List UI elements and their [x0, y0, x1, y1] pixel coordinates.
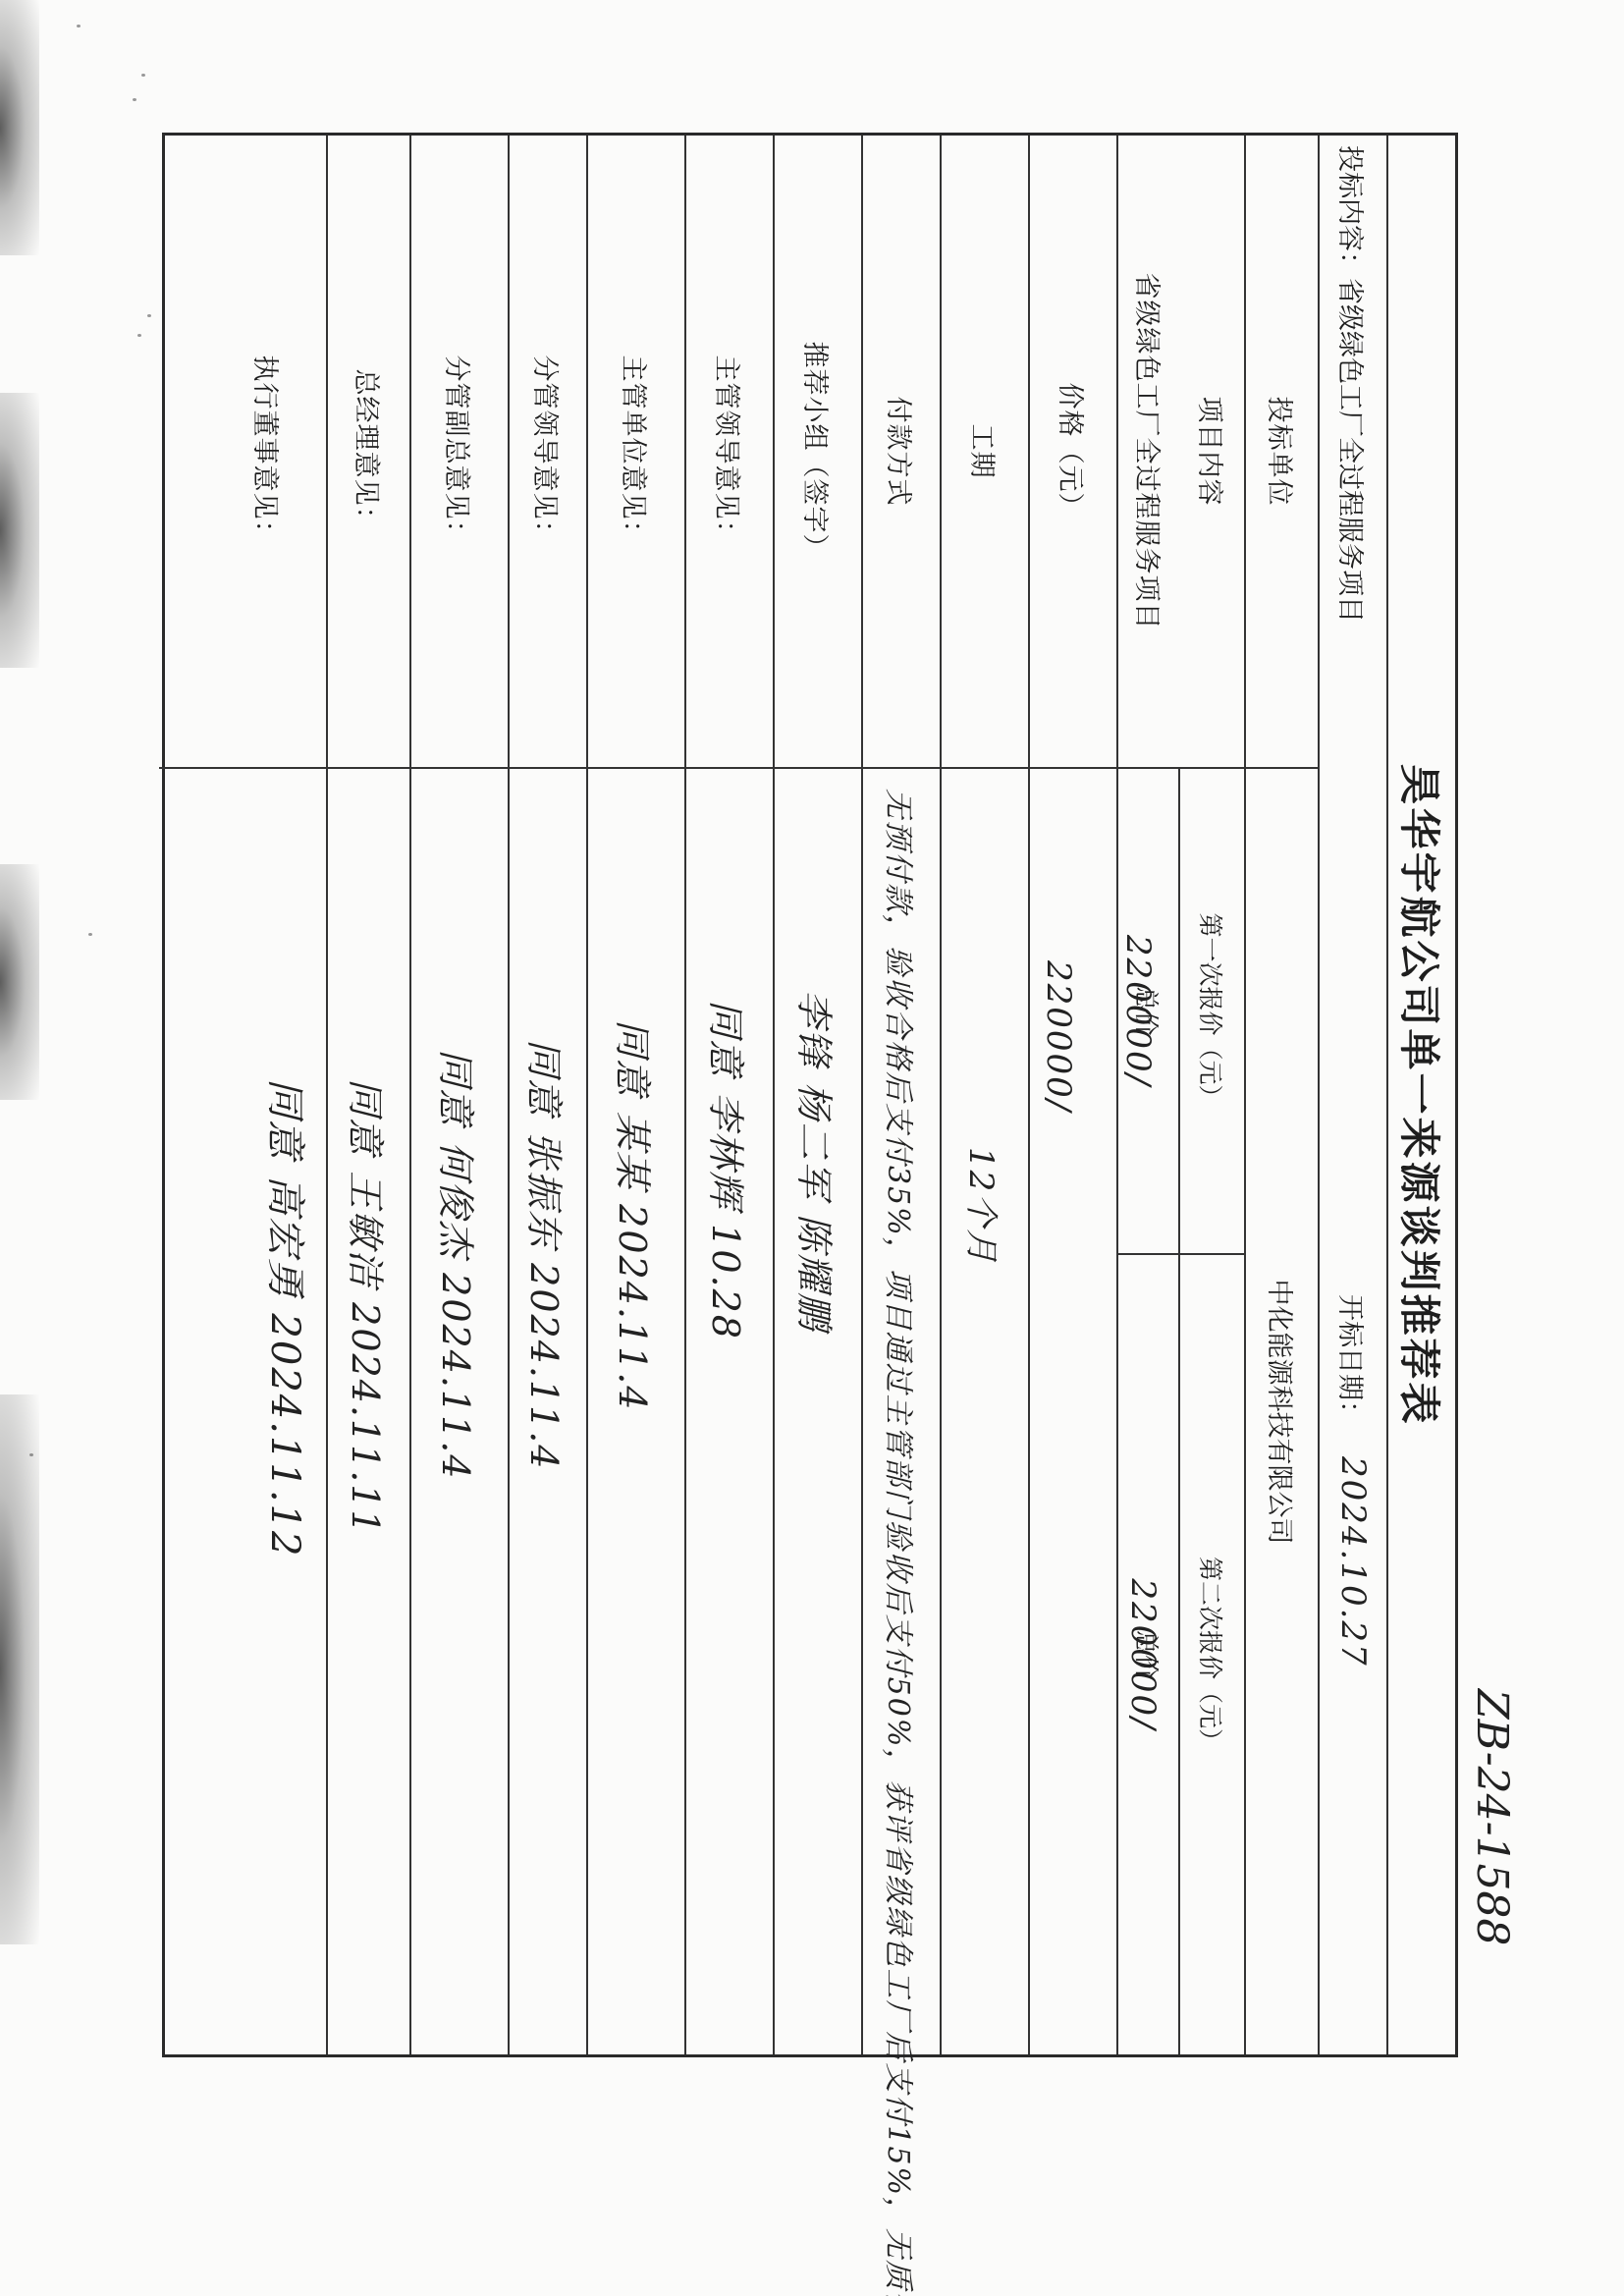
scan-speck — [147, 314, 151, 317]
price-value: 220000/ — [1030, 960, 1087, 1353]
page-title: 昊华宇航公司单一来源谈判推荐表 — [1388, 136, 1455, 2054]
supervisor-leader-row: 主管领导意见： 同意 李林辉 10.28 — [684, 136, 773, 2054]
executive-director-row: 执行董事意见： 同意 高宏勇 2024.11.12 — [159, 136, 326, 2054]
payment-label: 付款方式 — [863, 136, 940, 769]
executive-director-opinion: 同意 高宏勇 2024.11.12 — [159, 1078, 326, 1962]
recommend-group-signatures: 李锋 杨二军 陈耀鹏 — [775, 990, 861, 1874]
branch-leader-opinion: 同意 张振东 2024.11.4 — [510, 1039, 586, 1923]
price-label: 价格（元） — [1030, 136, 1116, 769]
supervisor-leader-label: 主管领导意见： — [686, 136, 773, 769]
first-quote-header: 第一次报价（元） — [1178, 769, 1244, 1253]
scan-speck — [88, 933, 92, 936]
tender-content-label: 投标内容： — [1334, 145, 1373, 278]
scan-shadow-lower — [0, 864, 39, 1100]
scan-shadow-bottom — [0, 1394, 39, 1944]
scan-shadow-top — [0, 0, 39, 255]
scan-shadow-mid — [0, 393, 39, 668]
second-quote-header: 第二次报价（元） — [1178, 1255, 1244, 2054]
project-label: 项目内容 — [1194, 397, 1232, 507]
supervisor-leader-opinion: 同意 李林辉 10.28 — [686, 1000, 773, 1884]
tender-content: 投标内容： 省级绿色工厂全过程服务项目 — [1320, 145, 1386, 1304]
form-table: 昊华宇航公司单一来源谈判推荐表 投标内容： 省级绿色工厂全过程服务项目 开标日期… — [162, 133, 1458, 2057]
deputy-gm-label: 分管副总意见： — [411, 136, 508, 769]
general-manager-label: 总经理意见： — [328, 136, 409, 769]
scan-speck — [77, 25, 81, 27]
price-row: 价格（元） 220000/ 220000/ 220000/ — [1028, 136, 1116, 2054]
executive-director-label: 执行董事意见： — [159, 136, 326, 769]
general-manager-row: 总经理意见： 同意 王敏洁 2024.11.11 — [326, 136, 409, 2054]
recommend-group-label: 推荐小组（签字） — [775, 136, 861, 769]
first-total-value: 220000/ — [1116, 769, 1161, 1255]
payment-value: 无预付款，验收合格后支付35%，项目通过主管部门验收后支付50%，获评省级绿色工… — [863, 789, 940, 2262]
scan-speck — [29, 1453, 33, 1456]
recommend-group-row: 推荐小组（签字） 李锋 杨二军 陈耀鹏 — [773, 136, 861, 2054]
opening-date-value: 2024.10.27 — [1333, 1456, 1373, 1667]
opening-date-label: 开标日期： — [1334, 1294, 1373, 1427]
bid-unit-row: 投标单位 中化能源科技有限公司 — [1244, 136, 1318, 2054]
schedule-label: 工期 — [942, 136, 1028, 769]
project-value: 省级绿色工厂全过程服务项目 — [1131, 273, 1169, 630]
document-number: ZB-24-1588 — [1467, 1689, 1517, 1945]
scan-speck — [133, 98, 136, 101]
recommendation-form: 昊华宇航公司单一来源谈判推荐表 投标内容： 省级绿色工厂全过程服务项目 开标日期… — [162, 133, 1458, 2057]
payment-row: 付款方式 无预付款，验收合格后支付35%，项目通过主管部门验收后支付50%，获评… — [861, 136, 940, 2054]
schedule-value: 12个月 — [942, 1147, 1028, 1442]
deputy-gm-opinion: 同意 何俊杰 2024.11.4 — [411, 1049, 508, 1933]
supervising-unit-row: 主管单位意见： 同意 某某 2024.11.4 — [586, 136, 684, 2054]
tender-content-row: 投标内容： 省级绿色工厂全过程服务项目 开标日期： 2024.10.27 — [1318, 136, 1386, 2054]
branch-leader-label: 分管领导意见： — [510, 136, 586, 769]
opening-date: 开标日期： 2024.10.27 — [1320, 1294, 1386, 2054]
general-manager-opinion: 同意 王敏洁 2024.11.11 — [328, 1078, 409, 1962]
bid-unit-name: 中化能源科技有限公司 — [1263, 1280, 1301, 1545]
title-row: 昊华宇航公司单一来源谈判推荐表 — [1386, 136, 1455, 2054]
scan-speck — [137, 334, 141, 337]
scan-speck — [141, 74, 145, 77]
project-label-cell: 项目内容 省级绿色工厂全过程服务项目 — [1118, 136, 1244, 769]
schedule-row: 工期 12个月 — [940, 136, 1028, 2054]
branch-leader-row: 分管领导意见： 同意 张振东 2024.11.4 — [508, 136, 586, 2054]
bid-unit-label: 投标单位 — [1246, 136, 1318, 769]
tender-content-value: 省级绿色工厂全过程服务项目 — [1334, 278, 1373, 623]
second-total-value: 220000/ — [1121, 1255, 1165, 2054]
supervising-unit-opinion: 同意 某某 2024.11.4 — [588, 1019, 684, 1903]
deputy-gm-row: 分管副总意见： 同意 何俊杰 2024.11.4 — [409, 136, 508, 2054]
supervising-unit-label: 主管单位意见： — [588, 136, 684, 769]
bid-unit-value: 中化能源科技有限公司 — [1246, 769, 1318, 2054]
